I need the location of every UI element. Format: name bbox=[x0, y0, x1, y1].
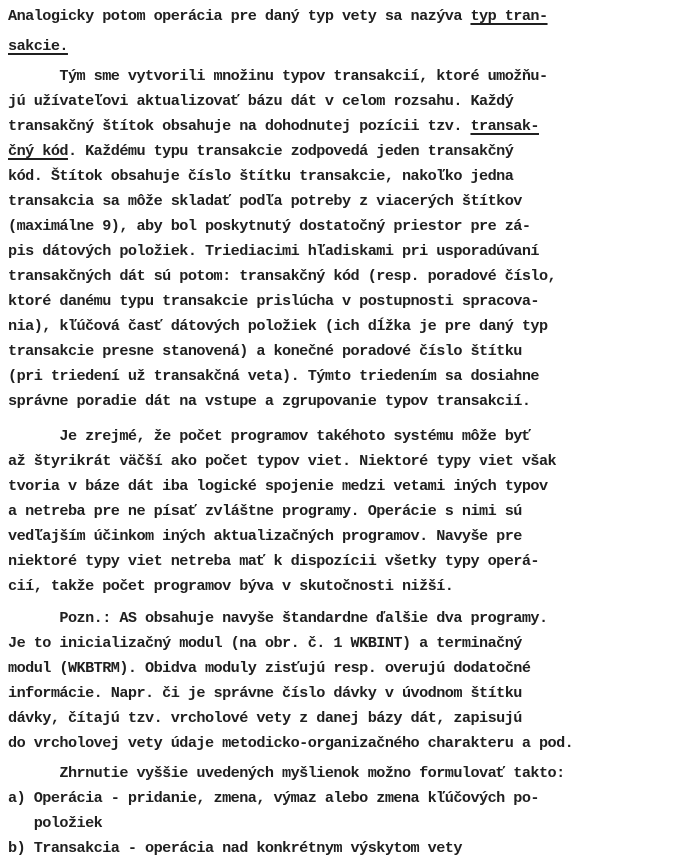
text-line: (pri triedení už transakčná veta). Týmto… bbox=[8, 366, 539, 386]
text-segment: kód. Štítok obsahuje číslo štítku transa… bbox=[8, 167, 513, 185]
text-line: a netreba pre ne písať zvláštne programy… bbox=[8, 501, 522, 521]
text-segment: niektoré typy viet netreba mať k dispozí… bbox=[8, 552, 539, 570]
text-segment: Je to inicializačný modul (na obr. č. 1 … bbox=[8, 634, 522, 652]
text-line: transakcia sa môže skladať podľa potreby… bbox=[8, 191, 522, 211]
text-segment: modul (WKBTRM). Obidva moduly zisťujú re… bbox=[8, 659, 530, 677]
underlined-term: čný kód bbox=[8, 142, 68, 160]
text-segment: pis dátových položiek. Triediacimi hľadi… bbox=[8, 242, 539, 260]
text-line: Zhrnutie vyššie uvedených myšlienok možn… bbox=[8, 763, 565, 783]
text-segment: Pozn.: AS obsahuje navyše štandardne ďal… bbox=[8, 609, 548, 627]
text-line: modul (WKBTRM). Obidva moduly zisťujú re… bbox=[8, 658, 530, 678]
text-line: niektoré typy viet netreba mať k dispozí… bbox=[8, 551, 539, 571]
text-line: tvoria v báze dát iba logické spojenie m… bbox=[8, 476, 548, 496]
text-line: do vrcholovej vety údaje metodicko-organ… bbox=[8, 733, 573, 753]
text-line: sakcie. bbox=[8, 36, 68, 56]
text-segment: a netreba pre ne písať zvláštne programy… bbox=[8, 502, 522, 520]
text-segment: Analogicky potom operácia pre daný typ v… bbox=[8, 7, 470, 25]
text-line: až štyrikrát väčší ako počet typov viet.… bbox=[8, 451, 556, 471]
typewritten-page: Analogicky potom operácia pre daný typ v… bbox=[0, 0, 699, 865]
text-segment: nia), kľúčová časť dátových položiek (ic… bbox=[8, 317, 548, 335]
text-line: transakcie presne stanovená) a konečné p… bbox=[8, 341, 522, 361]
text-segment: transakčný štítok obsahuje na dohodnutej… bbox=[8, 117, 470, 135]
text-line: a) Operácia - pridanie, zmena, výmaz ale… bbox=[8, 788, 539, 808]
text-line: položiek bbox=[8, 813, 102, 833]
text-segment: (maximálne 9), aby bol poskytnutý dostat… bbox=[8, 217, 530, 235]
text-line: ktoré danému typu transakcie prislúcha v… bbox=[8, 291, 539, 311]
underlined-term: sakcie. bbox=[8, 37, 68, 55]
text-line: nia), kľúčová časť dátových položiek (ic… bbox=[8, 316, 548, 336]
text-segment: dávky, čítajú tzv. vrcholové vety z dane… bbox=[8, 709, 522, 727]
text-line: cií, takže počet programov býva v skutoč… bbox=[8, 576, 453, 596]
text-segment: do vrcholovej vety údaje metodicko-organ… bbox=[8, 734, 573, 752]
text-segment: správne poradie dát na vstupe a zgrupova… bbox=[8, 392, 530, 410]
text-line: Je zrejmé, že počet programov takéhoto s… bbox=[8, 426, 530, 446]
text-line: dávky, čítajú tzv. vrcholové vety z dane… bbox=[8, 708, 522, 728]
text-segment: tvoria v báze dát iba logické spojenie m… bbox=[8, 477, 548, 495]
text-line: pis dátových položiek. Triediacimi hľadi… bbox=[8, 241, 539, 261]
text-segment: položiek bbox=[8, 814, 102, 832]
text-line: informácie. Napr. či je správne číslo dá… bbox=[8, 683, 522, 703]
text-segment: Je zrejmé, že počet programov takéhoto s… bbox=[8, 427, 530, 445]
text-line: transakčných dát sú potom: transakčný kó… bbox=[8, 266, 556, 286]
text-line: správne poradie dát na vstupe a zgrupova… bbox=[8, 391, 530, 411]
text-line: kód. Štítok obsahuje číslo štítku transa… bbox=[8, 166, 513, 186]
text-line: Pozn.: AS obsahuje navyše štandardne ďal… bbox=[8, 608, 548, 628]
text-segment: b) Transakcia - operácia nad konkrétnym … bbox=[8, 839, 462, 857]
text-line: (maximálne 9), aby bol poskytnutý dostat… bbox=[8, 216, 530, 236]
text-line: Je to inicializačný modul (na obr. č. 1 … bbox=[8, 633, 522, 653]
text-line: Tým sme vytvorili množinu typov transakc… bbox=[8, 66, 548, 86]
text-segment: . Každému typu transakcie zodpovedá jede… bbox=[68, 142, 513, 160]
underlined-term: typ tran- bbox=[470, 7, 547, 25]
text-line: transakčný štítok obsahuje na dohodnutej… bbox=[8, 116, 539, 136]
text-line: b) Transakcia - operácia nad konkrétnym … bbox=[8, 838, 462, 858]
text-segment: Tým sme vytvorili množinu typov transakc… bbox=[8, 67, 548, 85]
text-segment: až štyrikrát väčší ako počet typov viet.… bbox=[8, 452, 556, 470]
text-segment: jú užívateľovi aktualizovať bázu dát v c… bbox=[8, 92, 513, 110]
text-line: vedľajším účinkom iných aktualizačných p… bbox=[8, 526, 522, 546]
text-segment: informácie. Napr. či je správne číslo dá… bbox=[8, 684, 522, 702]
underlined-term: transak- bbox=[470, 117, 539, 135]
text-segment: (pri triedení už transakčná veta). Týmto… bbox=[8, 367, 539, 385]
text-line: čný kód. Každému typu transakcie zodpove… bbox=[8, 141, 513, 161]
text-segment: transakcia sa môže skladať podľa potreby… bbox=[8, 192, 522, 210]
text-line: Analogicky potom operácia pre daný typ v… bbox=[8, 6, 548, 26]
text-segment: transakcie presne stanovená) a konečné p… bbox=[8, 342, 522, 360]
text-segment: a) Operácia - pridanie, zmena, výmaz ale… bbox=[8, 789, 539, 807]
text-segment: ktoré danému typu transakcie prislúcha v… bbox=[8, 292, 539, 310]
text-line: jú užívateľovi aktualizovať bázu dát v c… bbox=[8, 91, 513, 111]
text-segment: vedľajším účinkom iných aktualizačných p… bbox=[8, 527, 522, 545]
text-segment: transakčných dát sú potom: transakčný kó… bbox=[8, 267, 556, 285]
text-segment: Zhrnutie vyššie uvedených myšlienok možn… bbox=[8, 764, 565, 782]
text-segment: cií, takže počet programov býva v skutoč… bbox=[8, 577, 453, 595]
